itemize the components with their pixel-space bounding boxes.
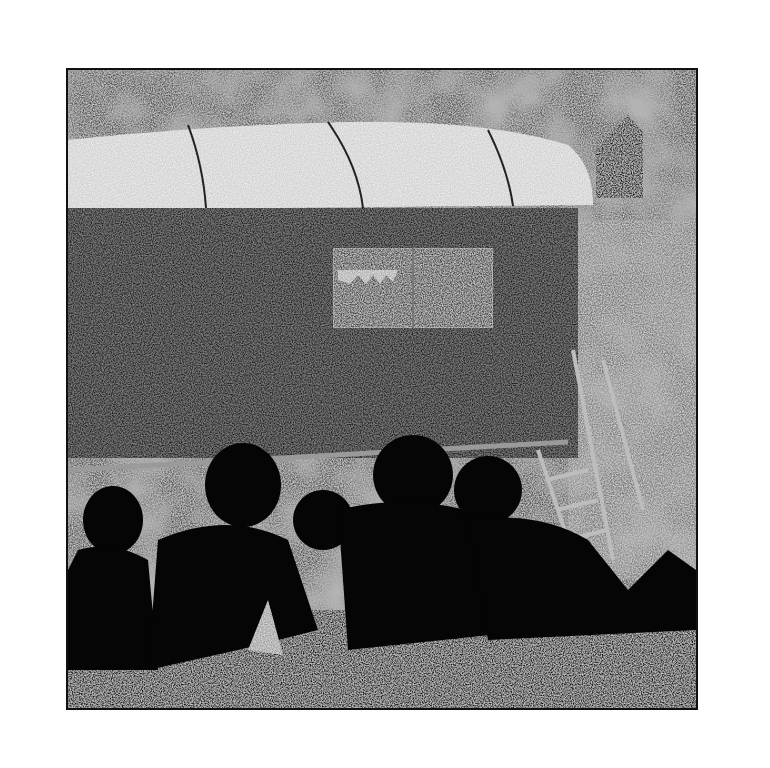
caravan-window [333, 248, 493, 328]
caravan-roof [68, 122, 593, 210]
person-head [205, 443, 281, 527]
caravan-scene [68, 70, 696, 708]
person-body [68, 547, 158, 670]
person-head [454, 456, 522, 524]
person-head [83, 486, 143, 554]
photograph [66, 68, 698, 710]
foliage-right [568, 220, 696, 580]
caravan-shadow [68, 208, 578, 458]
